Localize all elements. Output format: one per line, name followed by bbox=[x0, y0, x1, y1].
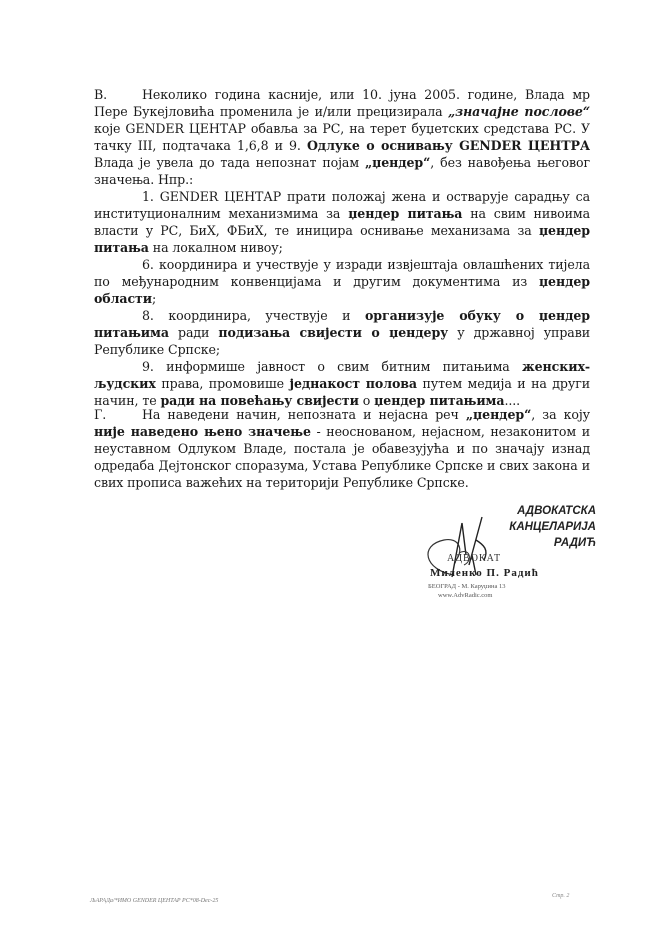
section-b-letter: В. bbox=[94, 86, 142, 103]
list-item-8: 8. координира, учествује и организује об… bbox=[94, 307, 590, 358]
section-g-letter: Г. bbox=[94, 406, 142, 423]
section-g-paragraph: Г.На наведени начин, непозната и нејасна… bbox=[94, 406, 590, 491]
page-number: Стр. 2 bbox=[552, 893, 569, 899]
section-g: Г.На наведени начин, непозната и нејасна… bbox=[94, 406, 590, 491]
section-b-intro: В.Неколико година касније, или 10. јуна … bbox=[94, 86, 590, 188]
list-item-6: 6. координира и учествује у изради извје… bbox=[94, 256, 590, 307]
seal-address: БЕОГРАД - М. Каруџина 13 bbox=[428, 583, 506, 590]
seal-title: АДВОКАТ bbox=[447, 553, 501, 564]
section-b: В.Неколико година касније, или 10. јуна … bbox=[94, 86, 590, 409]
list-item-9: 9. информише јавност о свим битним питањ… bbox=[94, 358, 590, 409]
document-page: В.Неколико година касније, или 10. јуна … bbox=[0, 0, 672, 951]
footer-reference: ЉАРАДа/*ИМО GENDER ЦЕНТАР РС*08-Dec-25 bbox=[90, 898, 218, 904]
seal-name: Миленко П. Радић bbox=[430, 567, 539, 579]
seal-website: www.AdvRadic.com bbox=[438, 592, 492, 599]
list-item-1: 1. GENDER ЦЕНТАР прати положај жена и ос… bbox=[94, 188, 590, 256]
